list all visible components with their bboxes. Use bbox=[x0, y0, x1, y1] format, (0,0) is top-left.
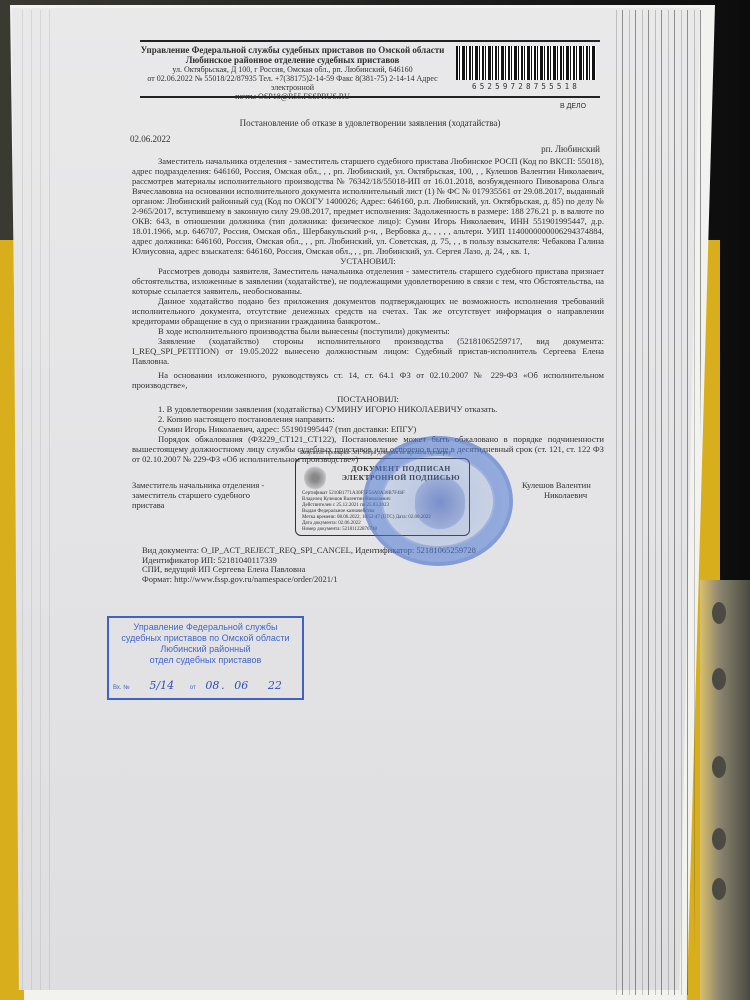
org-department: Любинское районное отделение судебных пр… bbox=[140, 55, 445, 65]
resolved-heading: ПОСТАНОВИЛ: bbox=[132, 394, 604, 404]
barcode bbox=[456, 46, 596, 80]
stamp-date-day: 08 bbox=[205, 679, 219, 692]
recipient-line: Сумин Игорь Николаевич, адрес: 551901995… bbox=[132, 424, 604, 434]
established-paragraph: Заявление (ходатайство) стороны исполнит… bbox=[132, 336, 604, 366]
org-address: ул. Октябрьская, Д 100, г Россия, Омская… bbox=[140, 65, 445, 74]
document-title: Постановление об отказе в удовлетворении… bbox=[140, 118, 600, 129]
filing-mark: В ДЕЛО bbox=[560, 102, 586, 113]
folder-binder-edge bbox=[700, 580, 750, 1000]
established-paragraph: Рассмотрев доводы заявителя, Заместитель… bbox=[132, 266, 604, 296]
barcode-number: 65259728755518 bbox=[456, 82, 596, 93]
stamp-date-month: 06 bbox=[234, 679, 248, 692]
incoming-registration-stamp: Управление Федеральной службы судебных п… bbox=[107, 616, 304, 700]
binder-hole-icon bbox=[712, 602, 726, 624]
stamp-line: судебных приставов по Омской области bbox=[109, 633, 302, 644]
binder-hole-icon bbox=[712, 668, 726, 690]
stamp-date-year: 22 bbox=[268, 679, 282, 692]
intro-paragraph: Заместитель начальника отделения - замес… bbox=[132, 156, 604, 256]
stamp-date-label: от bbox=[190, 685, 196, 691]
binder-hole-icon bbox=[712, 878, 726, 900]
signer-name-line: Николаевич bbox=[522, 490, 622, 500]
page-edge-scan-lines bbox=[610, 10, 705, 995]
legal-basis-paragraph: На основании изложенного, руководствуясь… bbox=[132, 370, 604, 390]
meta-format: Формат: http://www.fssp.gov.ru/namespace… bbox=[142, 575, 476, 585]
org-email: почты OSP18@R55.FSSPRUS.RU bbox=[140, 92, 445, 101]
org-contacts: от 02.06.2022 № 55018/22/87935 Тел. +7(3… bbox=[140, 74, 445, 92]
stamp-line: Любинский районный bbox=[109, 644, 302, 655]
resolved-item: 1. В удовлетворении заявления (ходатайст… bbox=[132, 404, 604, 414]
document-date: 02.06.2022 bbox=[130, 134, 171, 145]
binder-hole-icon bbox=[712, 828, 726, 850]
letterhead-text: Управление Федеральной службы судебных п… bbox=[140, 45, 445, 101]
document-body: Заместитель начальника отделения - замес… bbox=[132, 156, 604, 464]
stamp-line: Управление Федеральной службы bbox=[109, 622, 302, 633]
show-through-text bbox=[310, 680, 570, 900]
established-heading: УСТАНОВИЛ: bbox=[132, 256, 604, 266]
established-paragraph: В ходе исполнительного производства были… bbox=[132, 326, 604, 336]
signer-name-line: Кулешов Валентин bbox=[522, 480, 622, 490]
stamp-line: отдел судебных приставов bbox=[109, 655, 302, 666]
binder-hole-icon bbox=[712, 756, 726, 778]
page-edge-left bbox=[14, 10, 54, 990]
signer-name: Кулешов Валентин Николаевич bbox=[522, 480, 622, 500]
official-round-seal bbox=[363, 436, 513, 566]
signer-position: Заместитель начальника отделения - замес… bbox=[132, 480, 272, 510]
org-name: Управление Федеральной службы судебных п… bbox=[140, 45, 445, 55]
stamp-num-label: Вх. № bbox=[113, 685, 130, 691]
document-place: рп. Любинский bbox=[541, 144, 600, 155]
established-paragraph: Данное ходатайство подано без приложения… bbox=[132, 296, 604, 326]
stamp-num-value: 5/14 bbox=[149, 679, 174, 692]
coat-of-arms-icon bbox=[304, 465, 326, 491]
resolved-item: 2. Копию настоящего постановления направ… bbox=[132, 414, 604, 424]
letterhead: Управление Федеральной службы судебных п… bbox=[140, 40, 600, 98]
eagle-emblem-icon bbox=[415, 476, 465, 530]
stamp-number-line: Вх. № 5/14 от 08 . 06 22 bbox=[113, 680, 301, 694]
